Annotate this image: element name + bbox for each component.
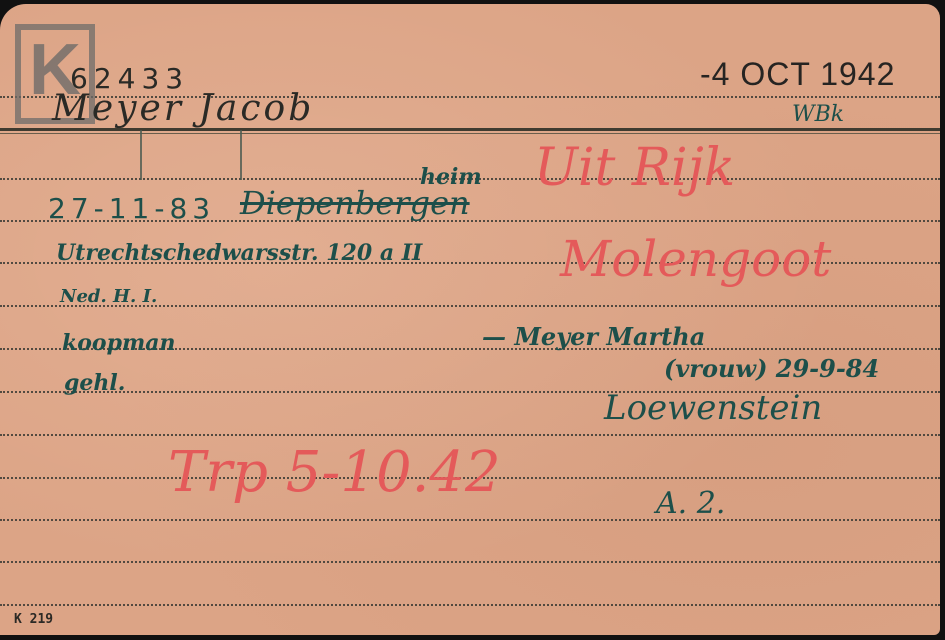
occupation: koopman [62,330,176,356]
code-note: A. 2. [656,486,725,521]
spouse-name: — Meyer Martha [482,322,705,351]
ruled-line [0,604,940,606]
spouse-maiden-name: Loewenstein [604,388,822,428]
registration-card: K 62433 Meyer Jacob -4 OCT 1942 WBk 27-1… [0,4,940,635]
ruled-line [0,519,940,521]
person-name: Meyer Jacob [52,88,314,129]
birth-place-correction: heim [420,164,482,190]
form-code: K 219 [14,612,53,627]
clerk-initials: WBk [792,102,844,127]
date-stamp: -4 OCT 1942 [700,56,895,93]
spouse-detail: (vrouw) 29-9-84 [664,354,879,383]
religion: Ned. H. I. [60,286,157,307]
name-descender [240,130,242,180]
transport-note: Trp 5-10.42 [168,440,501,505]
name-descender [140,130,142,180]
red-note-uit-rijk: Uit Rijk [534,138,735,198]
ruled-line [0,434,940,436]
birth-date: 27-11-83 [48,192,215,225]
ruled-line [0,561,940,563]
marital-status: gehl. [64,370,125,396]
address: Utrechtschedwarsstr. 120 a II [56,240,422,266]
red-note-molengoot: Molengoot [560,230,831,288]
